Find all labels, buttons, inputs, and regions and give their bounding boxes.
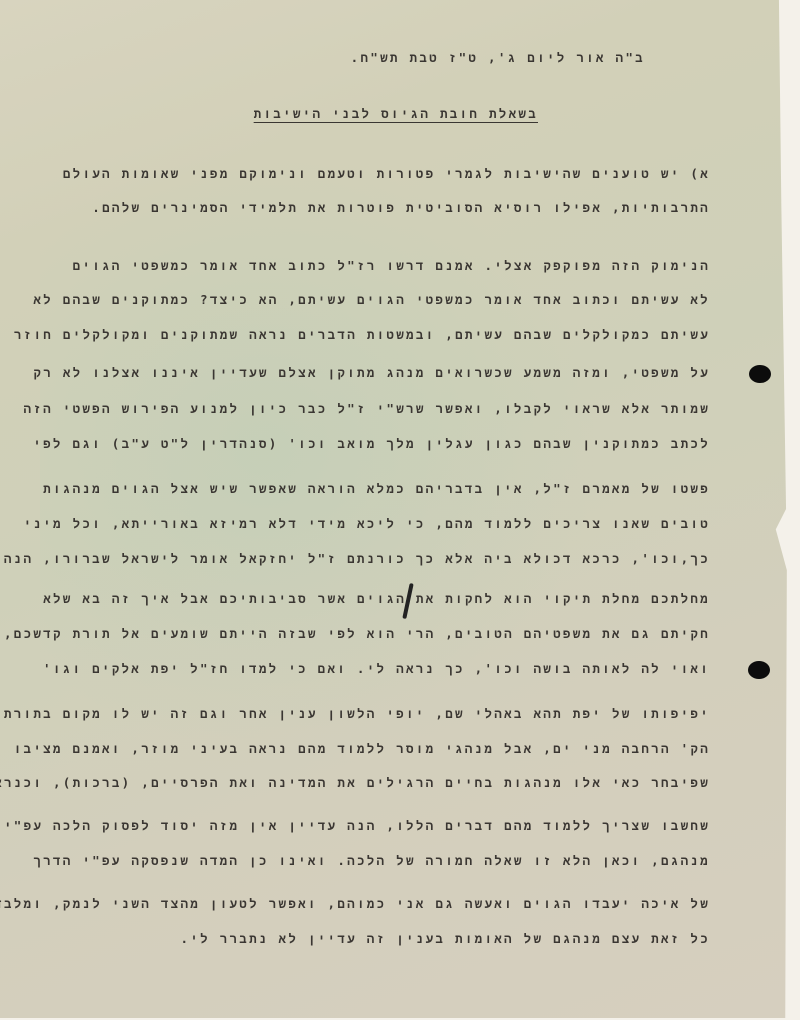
text-line: ואוי לה לאותה בושה וכו', כך נראה לי. ואם… (43, 661, 710, 677)
text-line: כל זאת עצם מנהגם של האומות בענין זה עדיי… (180, 931, 710, 947)
document-page: ב"ה אור ליום ג', ט"ז טבת תש"ח. בשאלת חוב… (0, 0, 790, 1018)
text-line: שפיבחר כאי אלו מנהגות בחיים הרגילים את ה… (0, 775, 710, 791)
text-line: חקיתם גם את משפטיהם הטובים, הרי הוא לפי … (4, 626, 710, 642)
dateline: ב"ה אור ליום ג', ט"ז טבת תש"ח. (351, 50, 645, 66)
text-line: עשיתם כמקולקלים שבהם עשיתם, ובמשטות הדבר… (14, 327, 710, 343)
text-line: התרבותיות, אפילו רוסיא הסוביטית פוטרות א… (92, 200, 710, 216)
text-line: פשטו של מאמרם ז"ל, אין בדבריהם כמלא הורא… (43, 481, 710, 497)
text-line: מנהגם, וכאן הלא זו שאלה חמורה של הלכה. ו… (33, 853, 710, 869)
text-line: של איכה יעבדו הגוים ואעשה גם אני כמוהם, … (0, 896, 710, 912)
text-line: שמותר אלא שראוי לקבלו, ואפשר שרש"י ז"ל כ… (24, 401, 710, 417)
text-line: לא עשיתם וכתוב אחד אומר כמשפטי הגוים עשי… (33, 292, 710, 308)
text-line: לכתב כמתוקנין שבהם כגון עגלין מלך מואב ו… (33, 436, 710, 452)
text-line: יפיפותו של יפת תהא באהלי שם, יופי הלשון … (0, 706, 710, 722)
punch-hole (748, 661, 770, 679)
text-line: על משפטי, ומזה משמע שכשרואים מנהג מתוקן … (33, 365, 710, 381)
text-line: הנימוק הזה מפוקפק אצלי. אמנם דרשו רז"ל כ… (73, 258, 710, 274)
document-title: בשאלת חובת הגיוס לבני הישיבות (254, 106, 538, 122)
text-line: א) יש טוענים שהישיבות לגמרי פטורות וטעמם… (63, 166, 710, 182)
text-line: טובים שאנו צריכים ללמוד מהם, כי ליכא מיד… (24, 516, 710, 532)
text-line: כך,וכו', כרכא דכולא ביה אלא כך כורנתם ז"… (4, 551, 710, 567)
text-line: מחלתכם מחלת תיקוי הוא לחקות את הגוים אשר… (43, 591, 710, 607)
text-line: הק' הרחבה מני ים, אבל מנהגי מוסר ללמוד מ… (14, 741, 710, 757)
punch-hole (749, 365, 771, 383)
text-line: שחשבו שצריך ללמוד מהם דברים הללו, הנה עד… (4, 818, 710, 834)
